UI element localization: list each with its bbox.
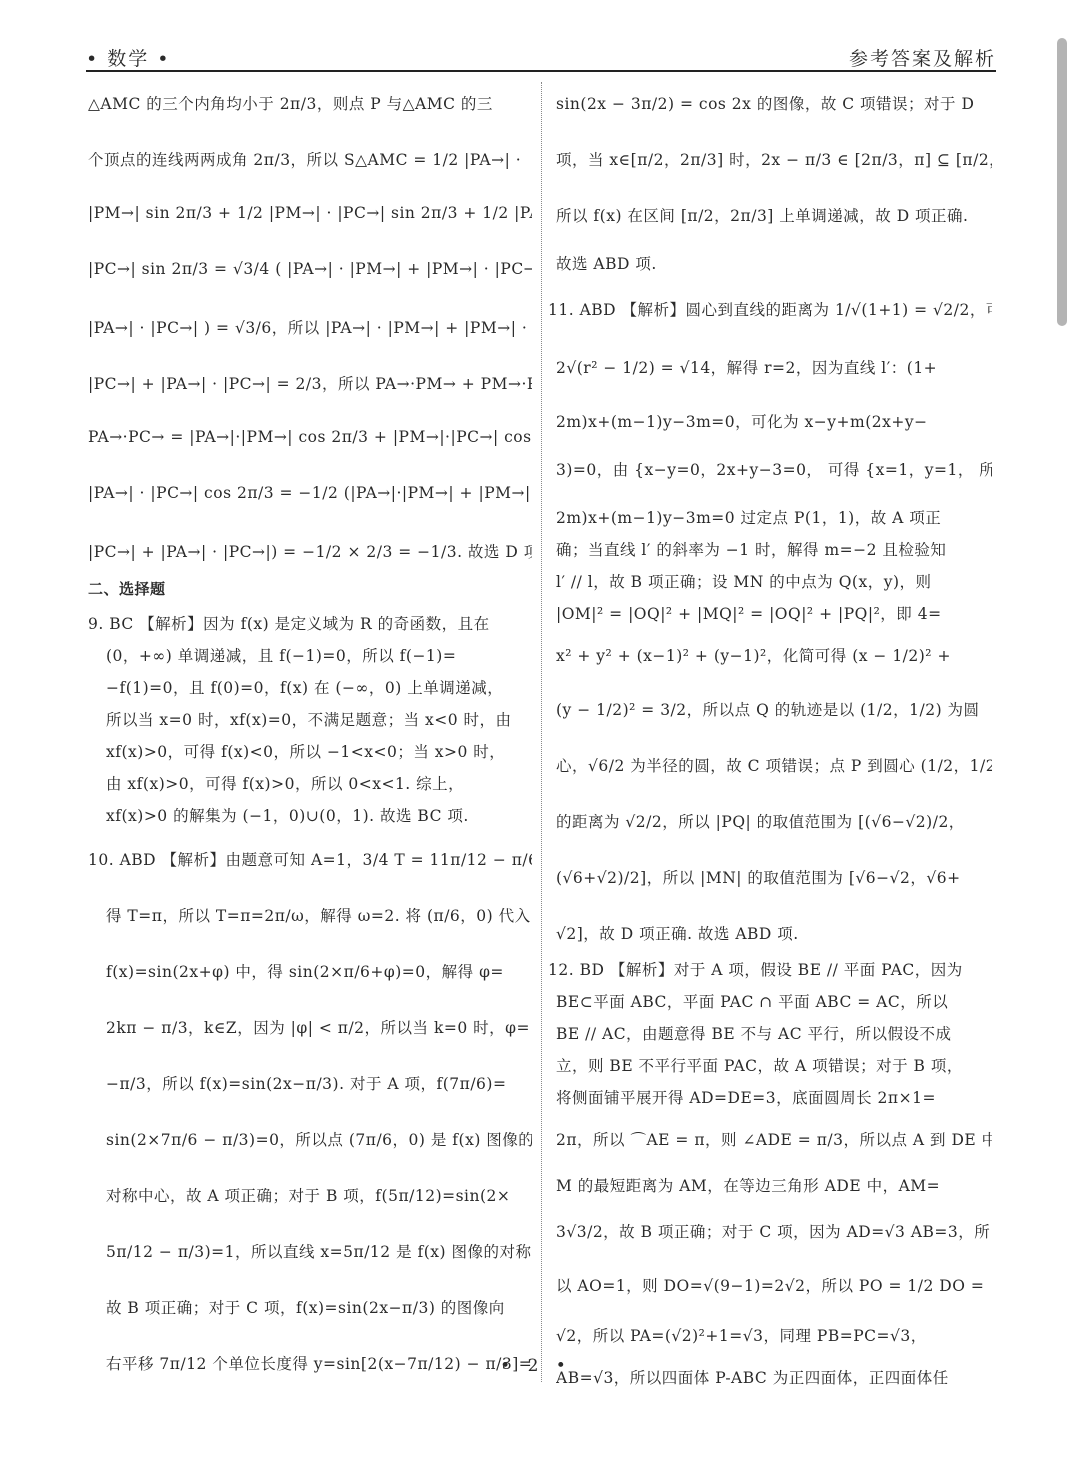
- text-line: (y − 1/2)² = 3/2，所以点 Q 的轨迹是以 (1/2，1/2) 为…: [556, 698, 992, 720]
- vertical-scrollbar[interactable]: [1057, 38, 1067, 326]
- text-line: |PC→| sin 2π/3 = √3/4 ( |PA→| · |PM→| + …: [88, 260, 532, 278]
- text-line: 立，则 BE 不平行平面 PAC，故 A 项错误；对于 B 项，: [556, 1054, 992, 1076]
- text-line: 2m)x+(m−1)y−3m=0 过定点 P(1，1)，故 A 项正: [556, 506, 992, 528]
- text-line: 个顶点的连线两两成角 2π/3，所以 S△AMC = 1/2 |PA→| ·: [88, 148, 532, 170]
- text-line: 确；当直线 l′ 的斜率为 −1 时，解得 m=−2 且检验知: [556, 538, 992, 560]
- page-header: • 数学 • 参考答案及解析: [86, 44, 996, 72]
- text-line: 对称中心，故 A 项正确；对于 B 项，f(5π/12)=sin(2×: [88, 1184, 532, 1206]
- text-line: M 的最短距离为 AM，在等边三角形 ADE 中，AM=: [556, 1174, 992, 1196]
- text-line: 10. ABD 【解析】由题意可知 A=1，3/4 T = 11π/12 − π…: [88, 848, 532, 870]
- text-line: (√6+√2)/2]，所以 |MN| 的取值范围为 [√6−√2，√6+: [556, 866, 992, 888]
- section-title: 参考答案及解析: [849, 44, 996, 71]
- text-line: 9. BC 【解析】因为 f(x) 是定义域为 R 的奇函数，且在: [88, 612, 532, 634]
- text-line: (0，+∞) 单调递减，且 f(−1)=0，所以 f(−1)=: [88, 644, 532, 666]
- header-rule: [86, 70, 996, 72]
- text-line: PA→·PC→ = |PA→|·|PM→| cos 2π/3 + |PM→|·|…: [88, 428, 532, 446]
- text-line: xf(x)>0 的解集为 (−1，0)∪(0，1). 故选 BC 项.: [88, 804, 532, 826]
- text-line: |PC→| + |PA→| · |PC→|) = −1/2 × 2/3 = −1…: [88, 540, 532, 562]
- text-line: 得 T=π，所以 T=π=2π/ω，解得 ω=2. 将 (π/6，0) 代入: [88, 904, 532, 926]
- text-line: f(x)=sin(2x+φ) 中，得 sin(2×π/6+φ)=0，解得 φ=: [88, 960, 532, 982]
- text-line: 2m)x+(m−1)y−3m=0，可化为 x−y+m(2x+y−: [556, 410, 992, 432]
- text-line: 2kπ − π/3，k∈Z，因为 |φ| < π/2，所以当 k=0 时，φ=: [88, 1016, 532, 1038]
- text-line: |PA→| · |PC→| cos 2π/3 = −1/2 (|PA→|·|PM…: [88, 484, 532, 502]
- text-line: 所以当 x=0 时，xf(x)=0，不满足题意；当 x<0 时，由: [88, 708, 532, 730]
- text-line: 故选 ABD 项.: [556, 252, 992, 274]
- text-line: 3√3/2，故 B 项正确；对于 C 项，因为 AD=√3 AB=3，所: [556, 1220, 992, 1242]
- text-line: 将侧面铺平展开得 AD=DE=3，底面圆周长 2π×1=: [556, 1086, 992, 1108]
- text-line: 所以 f(x) 在区间 [π/2，2π/3] 上单调递减，故 D 项正确.: [556, 204, 992, 226]
- text-line: BE // AC，由题意得 BE 不与 AC 平行，所以假设不成: [556, 1022, 992, 1044]
- text-line: |PM→| sin 2π/3 + 1/2 |PM→| · |PC→| sin 2…: [88, 204, 532, 222]
- text-line: |PC→| + |PA→| · |PC→| = 2/3，所以 PA→·PM→ +…: [88, 372, 532, 394]
- text-line: xf(x)>0，可得 f(x)<0，所以 −1<x<0；当 x>0 时，: [88, 740, 532, 762]
- text-line: 由 xf(x)>0，可得 f(x)>0，所以 0<x<1. 综上，: [88, 772, 532, 794]
- text-line: |PA→| · |PC→| ) = √3/6，所以 |PA→| · |PM→| …: [88, 316, 532, 338]
- page-number: • 2 •: [0, 1356, 1072, 1376]
- text-line: 的距离为 √2/2，所以 |PQ| 的取值范围为 [(√6−√2)/2，: [556, 810, 992, 832]
- text-line: △AMC 的三个内角均小于 2π/3，则点 P 与△AMC 的三: [88, 92, 532, 114]
- text-line: 心，√6/2 为半径的圆，故 C 项错误；点 P 到圆心 (1/2，1/2): [556, 754, 992, 776]
- text-line: 2√(r² − 1/2) = √14，解得 r=2，因为直线 l′：(1+: [556, 356, 992, 378]
- text-line: 以 AO=1，则 DO=√(9−1)=2√2，所以 PO = 1/2 DO =: [556, 1274, 992, 1296]
- text-line: BE⊂平面 ABC，平面 PAC ∩ 平面 ABC = AC，所以: [556, 990, 992, 1012]
- text-line: |OM|² = |OQ|² + |MQ|² = |OQ|² + |PQ|²，即 …: [556, 602, 992, 624]
- text-line: 12. BD 【解析】对于 A 项，假设 BE // 平面 PAC，因为: [548, 958, 992, 980]
- text-line: sin(2x − 3π/2) = cos 2x 的图像，故 C 项错误；对于 D: [556, 92, 992, 114]
- text-line: √2]，故 D 项正确. 故选 ABD 项.: [556, 922, 992, 944]
- subject-title: • 数学 •: [86, 44, 171, 71]
- text-line: x² + y² + (x−1)² + (y−1)²，化简可得 (x − 1/2)…: [556, 644, 992, 666]
- text-line: √2，所以 PA=(√2)²+1=√3，同理 PB=PC=√3，: [556, 1324, 992, 1346]
- text-line: sin(2×7π/6 − π/3)=0，所以点 (7π/6，0) 是 f(x) …: [88, 1128, 532, 1150]
- section-heading: 二、选择题: [88, 578, 532, 599]
- text-line: 11. ABD 【解析】圆心到直线的距离为 1/√(1+1) = √2/2，可得: [548, 298, 992, 320]
- text-line: 3)=0，由 {x−y=0，2x+y−3=0， 可得 {x=1，y=1， 所以 …: [556, 458, 992, 480]
- text-line: 2π，所以 ⌒AE = π，则 ∠ADE = π/3，所以点 A 到 DE 中点: [556, 1128, 992, 1150]
- text-line: 项，当 x∈[π/2，2π/3] 时，2x − π/3 ∈ [2π/3，π] ⊆…: [556, 148, 992, 170]
- text-line: l′ // l，故 B 项正确；设 MN 的中点为 Q(x，y)，则: [556, 570, 992, 592]
- column-divider: [541, 82, 542, 1382]
- text-line: −π/3，所以 f(x)=sin(2x−π/3). 对于 A 项，f(7π/6)…: [88, 1072, 532, 1094]
- text-line: 故 B 项正确；对于 C 项，f(x)=sin(2x−π/3) 的图像向: [88, 1296, 532, 1318]
- text-line: 5π/12 − π/3)=1，所以直线 x=5π/12 是 f(x) 图像的对称…: [88, 1240, 532, 1262]
- text-line: −f(1)=0，且 f(0)=0，f(x) 在 (−∞，0) 上单调递减，: [88, 676, 532, 698]
